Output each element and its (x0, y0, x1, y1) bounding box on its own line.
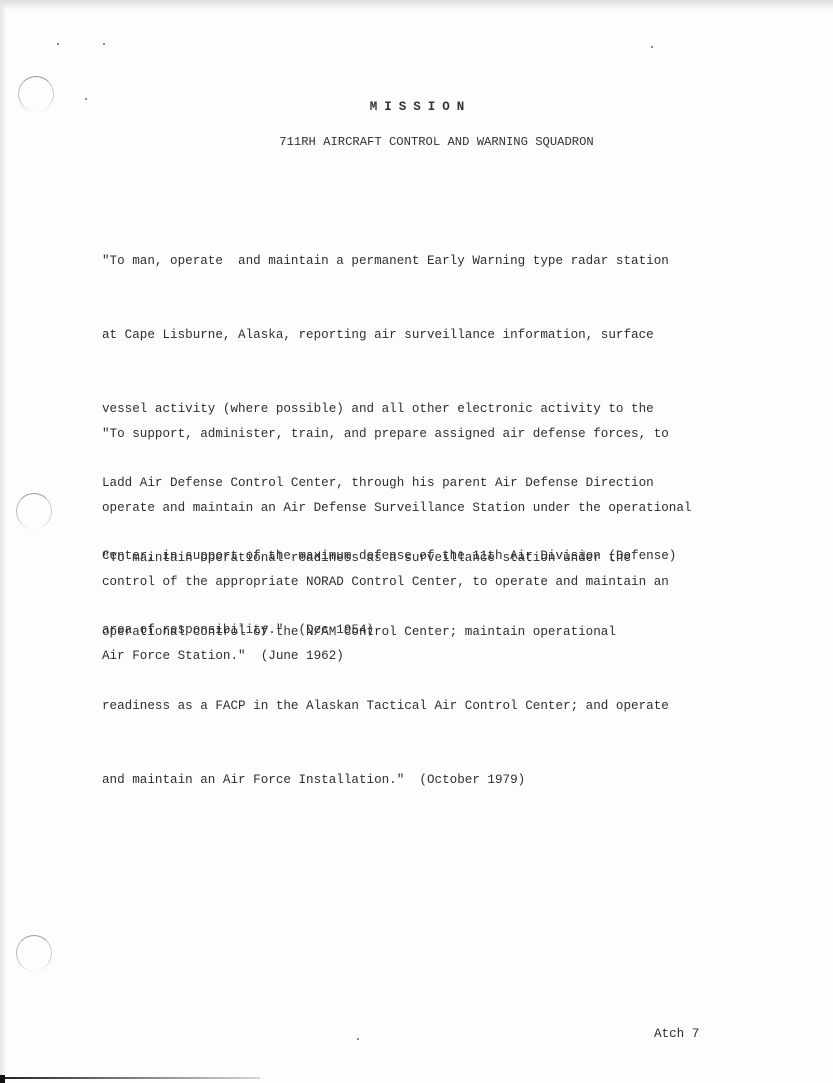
page-title: MISSION (0, 100, 833, 114)
attachment-label: Atch 7 (654, 1027, 699, 1041)
text-line: "To man, operate and maintain a permanen… (102, 249, 752, 274)
text-line: readiness as a FACP in the Alaskan Tacti… (102, 694, 752, 719)
text-line: operational control of the N/AM Control … (102, 620, 752, 645)
squadron-heading: 711RH AIRCRAFT CONTROL AND WARNING SQUAD… (0, 135, 833, 149)
text-line: "To support, administer, train, and prep… (102, 422, 752, 447)
text-line: "To maintain operational readiness as a … (102, 546, 752, 571)
punch-hole-bottom (16, 935, 52, 971)
mission-paragraph-1979: "To maintain operational readiness as a … (102, 497, 752, 817)
scan-bottom-edge (0, 1077, 260, 1079)
scan-speck (57, 43, 59, 45)
scan-corner-mark (0, 1075, 5, 1083)
text-line: and maintain an Air Force Installation."… (102, 768, 752, 793)
scan-speck (357, 1038, 359, 1040)
scan-top-edge (0, 0, 833, 10)
text-line: at Cape Lisburne, Alaska, reporting air … (102, 323, 752, 348)
scan-left-edge (0, 0, 7, 1083)
scan-speck (651, 46, 653, 48)
punch-hole-middle (16, 493, 52, 529)
scan-speck (103, 43, 105, 45)
